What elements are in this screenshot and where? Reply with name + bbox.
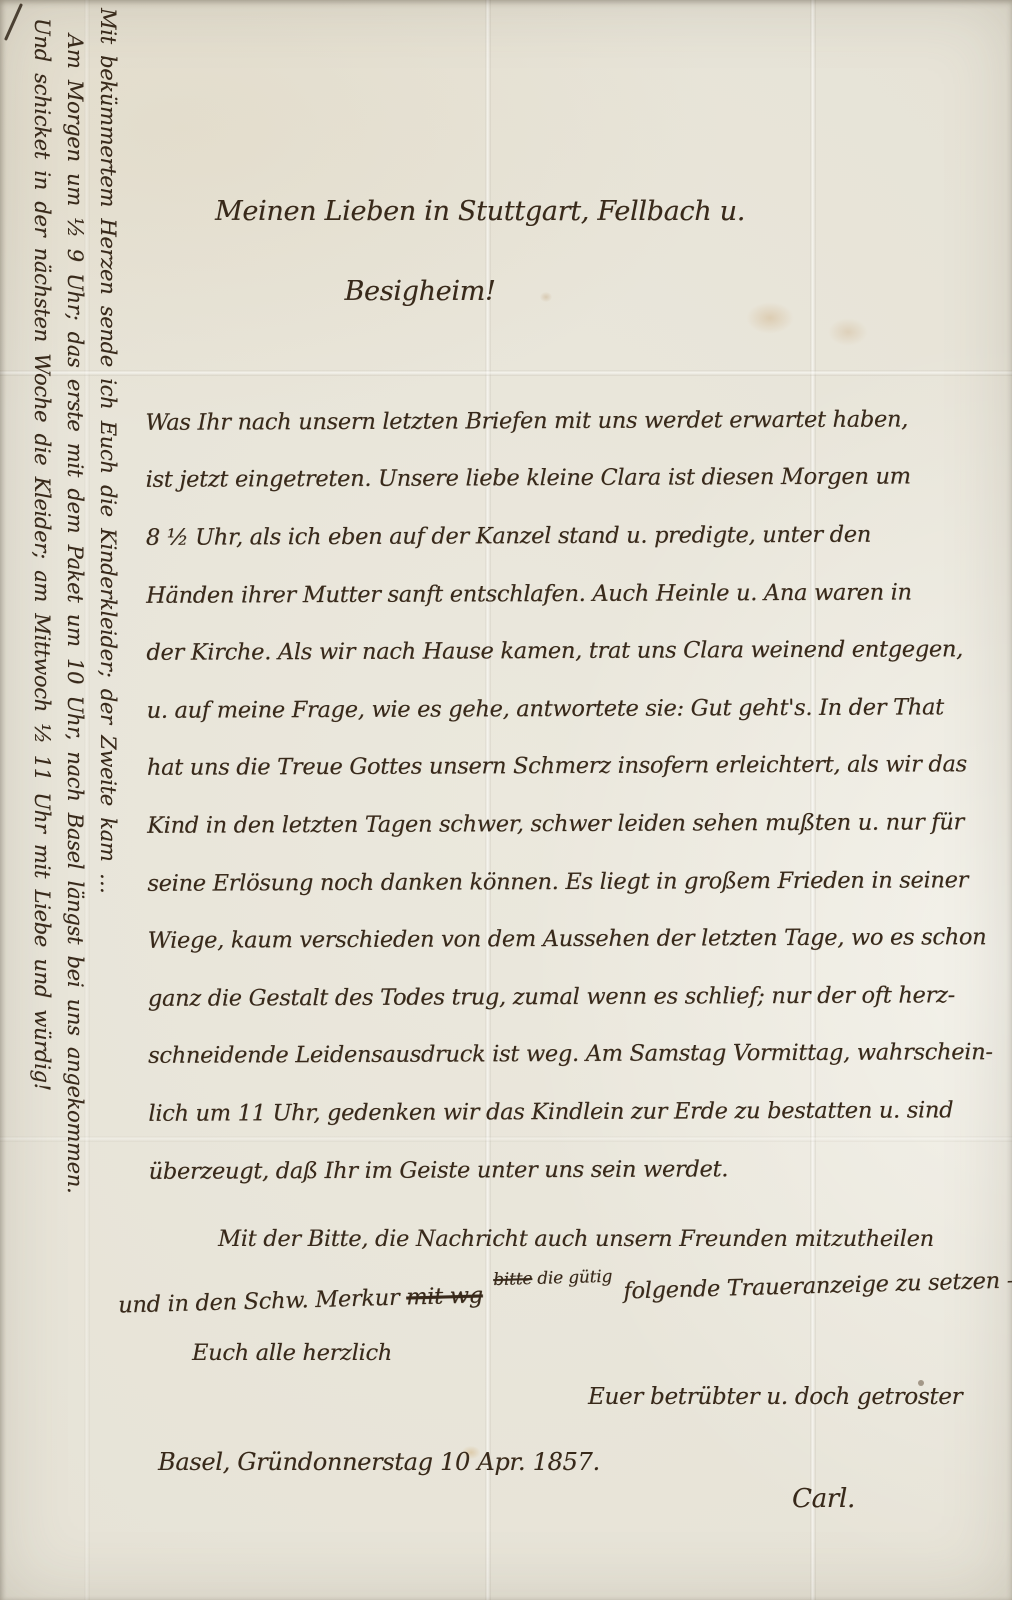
letter-body-line: Kind in den letzten Tagen schwer, schwer… xyxy=(147,793,967,854)
dateline: Basel, Gründonnerstag 10 Apr. 1857. xyxy=(158,1448,600,1476)
postscript-line-1: Mit der Bitte, die Nachricht auch unsern… xyxy=(218,1226,934,1252)
margin-note-line: Am Morgen um ½ 9 Uhr; das erste mit dem … xyxy=(63,8,87,1594)
letter-body-line: schneidende Leidensausdruck ist weg. Am … xyxy=(148,1024,968,1085)
letter-body-line: Wiege, kaum verschieden von dem Aussehen… xyxy=(148,909,968,970)
letter-body-line: ganz die Gestalt des Todes trug, zumal w… xyxy=(148,966,968,1027)
postscript-line-2: und in den Schw. Merkur mit wg bittedie … xyxy=(118,1263,1012,1318)
letter-scan-page: Mit bekümmertem Herzen sende ich Euch di… xyxy=(0,0,1012,1600)
margin-note: Mit bekümmertem Herzen sende ich Euch di… xyxy=(2,8,120,1594)
struck-insertion-word: bitte xyxy=(493,1269,533,1290)
letter-body-line: lich um 11 Uhr, gedenken wir das Kindlei… xyxy=(148,1081,968,1142)
postscript-line-2-prefix: und in den Schw. Merkur xyxy=(118,1285,400,1319)
margin-note-line: Und schicket in der nächsten Woche die K… xyxy=(30,8,54,1594)
insertion-text: die gütig xyxy=(537,1267,612,1289)
letter-body-line: der Kirche. Als wir nach Hause kamen, tr… xyxy=(146,621,966,682)
letter-body-line: hat uns die Treue Gottes unsern Schmerz … xyxy=(147,736,967,797)
closing-line: Euer betrübter u. doch getroster xyxy=(588,1384,962,1410)
letter-body-line: seine Erlösung noch danken können. Es li… xyxy=(147,851,967,912)
letter-body-line: ist jetzt eingetreten. Unsere liebe klei… xyxy=(145,448,965,509)
struck-out-word: mit wg xyxy=(406,1282,483,1310)
letter-body-line: Was Ihr nach unsern letzten Briefen mit … xyxy=(145,390,965,451)
fold-crease-horizontal-upper xyxy=(0,370,1012,376)
letter-body-line: überzeugt, daß Ihr im Geiste unter uns s… xyxy=(149,1139,969,1200)
postscript-line-2-suffix: folgende Traueranzeige zu setzen — grüße… xyxy=(623,1263,1012,1304)
postscript-line-3: Euch alle herzlich xyxy=(192,1340,392,1366)
foxing-stain xyxy=(746,302,794,334)
salutation-line-1: Meinen Lieben in Stuttgart, Fellbach u. xyxy=(150,196,810,227)
salutation-line-2: Besigheim! xyxy=(140,276,700,307)
letter-body-line: 8 ½ Uhr, als ich eben auf der Kanzel sta… xyxy=(146,505,966,566)
interlinear-insertion: bittedie gütig xyxy=(493,1267,613,1290)
signature: Carl. xyxy=(792,1484,855,1514)
letter-body: Was Ihr nach unsern letzten Briefen mit … xyxy=(145,390,969,1200)
foxing-stain xyxy=(828,318,868,346)
margin-note-line: Mit bekümmertem Herzen sende ich Euch di… xyxy=(96,8,120,1594)
letter-body-line: Händen ihrer Mutter sanft entschlafen. A… xyxy=(146,563,966,624)
letter-body-line: u. auf meine Frage, wie es gehe, antwort… xyxy=(147,678,967,739)
